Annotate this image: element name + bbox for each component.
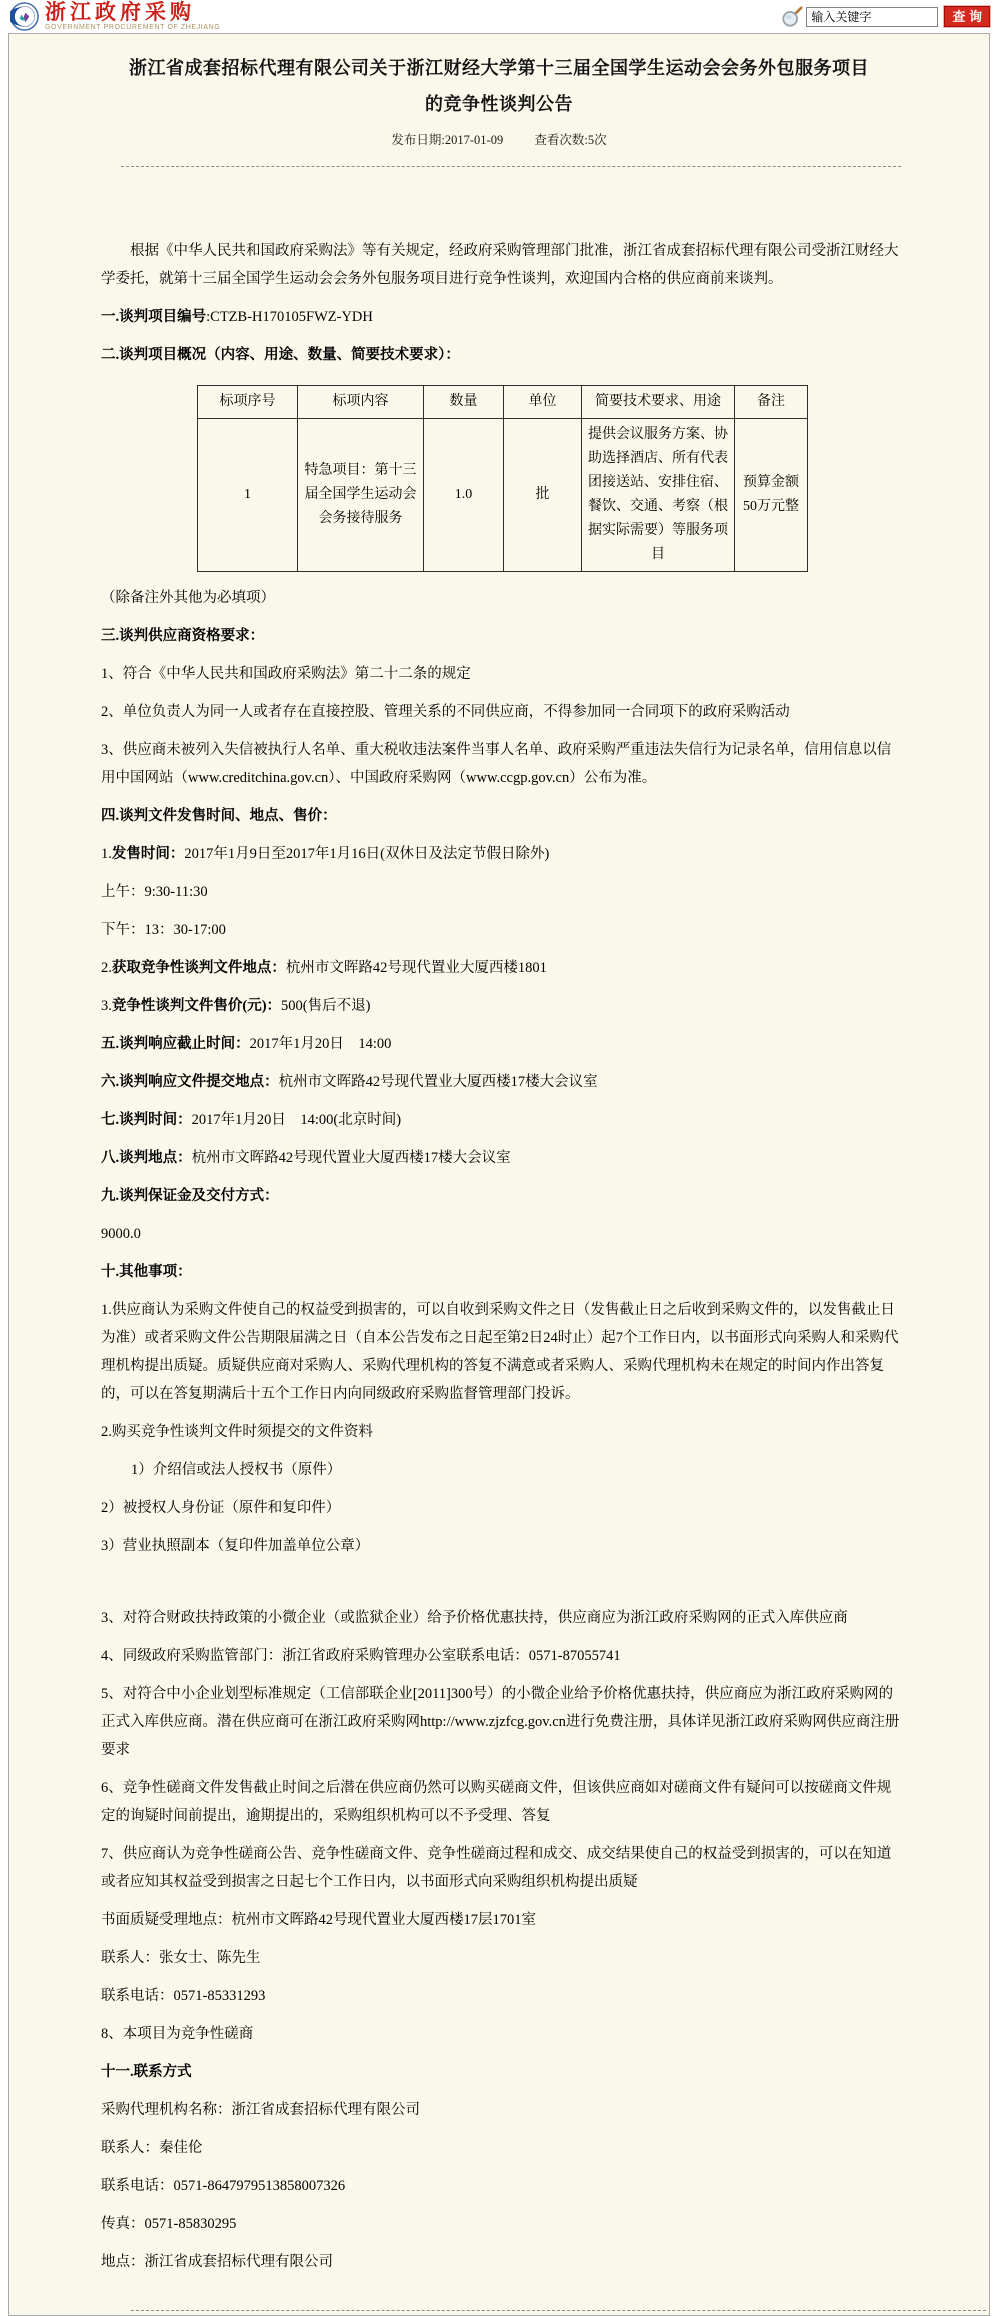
other-item-2a: 1）介绍信或法人授权书（原件） (101, 1456, 903, 1484)
query-address: 书面质疑受理地点：杭州市文晖路42号现代置业大厦西楼17层1701室 (101, 1906, 903, 1934)
section-7-label: 七.谈判时间： (101, 1112, 192, 1128)
section-3-item-2: 2、单位负责人为同一人或者存在直接控股、管理关系的不同供应商，不得参加同一合同项… (101, 698, 903, 726)
col-header-unit: 单位 (504, 386, 582, 419)
search-input[interactable] (806, 7, 938, 27)
cell-tech: 提供会议服务方案、协助选择酒店、所有代表团接送站、安排住宿、餐饮、交通、考察（根… (582, 419, 735, 572)
cell-remark: 预算金额50万元整 (735, 419, 808, 572)
section-2-label: 二.谈判项目概况（内容、用途、数量、简要技术要求）： (101, 341, 903, 369)
announcement-body: 根据《中华人民共和国政府采购法》等有关规定，经政府采购管理部门批准，浙江省成套招… (9, 167, 989, 2276)
section-6-label: 六.谈判响应文件提交地点： (101, 1074, 279, 1090)
intro-paragraph: 根据《中华人民共和国政府采购法》等有关规定，经政府采购管理部门批准，浙江省成套招… (101, 237, 903, 293)
col-header-remark: 备注 (735, 386, 808, 419)
col-header-tech: 简要技术要求、用途 (582, 386, 735, 419)
meta-line: 发布日期:2017-01-09 查看次数:5次 (9, 130, 989, 148)
publish-date: 发布日期:2017-01-09 (391, 133, 503, 147)
agency-fax: 传真：0571-85830295 (101, 2210, 903, 2238)
other-item-3: 3、对符合财政扶持政策的小微企业（或监狱企业）给予价格优惠扶持，供应商应为浙江政… (101, 1604, 903, 1632)
bottom-divider (131, 2310, 986, 2311)
doc-place-value: 杭州市文晖路42号现代置业大厦西楼1801 (286, 960, 547, 976)
section-6-value: 杭州市文晖路42号现代置业大厦西楼17楼大会议室 (279, 1074, 598, 1090)
agency-phone: 联系电话：0571-8647979513858007326 (101, 2172, 903, 2200)
section-8-label: 八.谈判地点： (101, 1150, 192, 1166)
doc-price-label: 竞争性谈判文件售价(元)： (112, 998, 281, 1014)
section-3-item-3: 3、供应商未被列入失信被执行人名单、重大税收违法案件当事人名单、政府采购严重违法… (101, 736, 903, 792)
other-item-5: 5、对符合中小企业划型标准规定（工信部联企业[2011]300号）的小微企业给予… (101, 1680, 903, 1764)
project-number: :CTZB-H170105FWZ-YDH (206, 309, 373, 325)
doc-place-label: 获取竞争性谈判文件地点： (112, 960, 286, 976)
col-header-seq: 标项序号 (198, 386, 298, 419)
section-10-label: 十.其他事项： (101, 1258, 903, 1286)
view-count: 查看次数:5次 (534, 133, 606, 147)
table-row: 1 特急项目：第十三届全国学生运动会会务接待服务 1.0 批 提供会议服务方案、… (198, 419, 808, 572)
other-item-6: 6、竞争性磋商文件发售截止时间之后潜在供应商仍然可以购买磋商文件，但该供应商如对… (101, 1774, 903, 1830)
sale-time-am: 上午：9:30-11:30 (101, 878, 903, 906)
cell-item: 特急项目：第十三届全国学生运动会会务接待服务 (298, 419, 424, 572)
logo-title: 浙江政府采购 (45, 2, 220, 23)
item-num: 1. (101, 846, 112, 862)
search-button[interactable]: 查 询 (944, 6, 990, 27)
section-11-label: 十一.联系方式 (101, 2058, 903, 2086)
search-bar: 查 询 (781, 6, 990, 28)
section-4-item-3: 3.竞争性谈判文件售价(元)：500(售后不退) (101, 992, 903, 1020)
sale-time-pm: 下午：13：30-17:00 (101, 916, 903, 944)
table-note: （除备注外其他为必填项） (101, 584, 903, 612)
sale-time-value: 2017年1月9日至2017年1月16日(双休日及法定节假日除外) (184, 846, 549, 862)
deposit-amount: 9000.0 (101, 1220, 903, 1248)
sale-time-label: 发售时间： (112, 846, 185, 862)
query-phone: 联系电话：0571-85331293 (101, 1982, 903, 2010)
section-5-label: 五.谈判响应截止时间： (101, 1036, 250, 1052)
section-4-item-1: 1.发售时间：2017年1月9日至2017年1月16日(双休日及法定节假日除外) (101, 840, 903, 868)
section-4-item-2: 2.获取竞争性谈判文件地点：杭州市文晖路42号现代置业大厦西楼1801 (101, 954, 903, 982)
item-num: 2. (101, 960, 112, 976)
other-item-8: 8、本项目为竞争性磋商 (101, 2020, 903, 2048)
section-4-label: 四.谈判文件发售时间、地点、售价： (101, 802, 903, 830)
cell-qty: 1.0 (424, 419, 504, 572)
page-title: 浙江省成套招标代理有限公司关于浙江财经大学第十三届全国学生运动会会务外包服务项目… (128, 50, 870, 122)
section-8: 八.谈判地点：杭州市文晖路42号现代置业大厦西楼17楼大会议室 (101, 1144, 903, 1172)
top-header: 浙江政府采购 GOVERNMENT PROCUREMENT OF ZHEJIAN… (0, 0, 998, 33)
government-emblem-icon (10, 2, 39, 31)
col-header-item: 标项内容 (298, 386, 424, 419)
announcement-panel: 浙江省成套招标代理有限公司关于浙江财经大学第十三届全国学生运动会会务外包服务项目… (8, 33, 990, 2316)
section-3-label: 三.谈判供应商资格要求： (101, 622, 903, 650)
section-6: 六.谈判响应文件提交地点：杭州市文晖路42号现代置业大厦西楼17楼大会议室 (101, 1068, 903, 1096)
bid-items-table: 标项序号 标项内容 数量 单位 简要技术要求、用途 备注 1 特急项目：第十三届… (197, 385, 808, 572)
doc-price-value: 500(售后不退) (281, 998, 370, 1014)
cell-seq: 1 (198, 419, 298, 572)
col-header-qty: 数量 (424, 386, 504, 419)
other-item-2b: 2）被授权人身份证（原件和复印件） (101, 1494, 903, 1522)
other-item-2c: 3）营业执照副本（复印件加盖单位公章） (101, 1532, 903, 1560)
section-5-value: 2017年1月20日 14:00 (250, 1036, 392, 1052)
other-item-7: 7、供应商认为竞争性磋商公告、竞争性磋商文件、竞争性磋商过程和成交、成交结果使自… (101, 1840, 903, 1896)
item-num: 3. (101, 998, 112, 1014)
section-3-item-1: 1、符合《中华人民共和国政府采购法》第二十二条的规定 (101, 660, 903, 688)
other-item-1: 1.供应商认为采购文件使自己的权益受到损害的，可以自收到采购文件之日（发售截止日… (101, 1296, 903, 1408)
section-9-label: 九.谈判保证金及交付方式： (101, 1182, 903, 1210)
logo-subtitle: GOVERNMENT PROCUREMENT OF ZHEJIANG (45, 24, 220, 31)
other-item-2: 2.购买竞争性谈判文件时须提交的文件资料 (101, 1418, 903, 1446)
cell-unit: 批 (504, 419, 582, 572)
section-8-value: 杭州市文晖路42号现代置业大厦西楼17楼大会议室 (192, 1150, 511, 1166)
agency-name: 采购代理机构名称：浙江省成套招标代理有限公司 (101, 2096, 903, 2124)
section-1-label: 一.谈判项目编号 (101, 309, 206, 325)
agency-contact: 联系人：秦佳伦 (101, 2134, 903, 2162)
magnifier-icon (781, 6, 803, 28)
table-header-row: 标项序号 标项内容 数量 单位 简要技术要求、用途 备注 (198, 386, 808, 419)
section-7: 七.谈判时间：2017年1月20日 14:00(北京时间) (101, 1106, 903, 1134)
section-5: 五.谈判响应截止时间：2017年1月20日 14:00 (101, 1030, 903, 1058)
section-7-value: 2017年1月20日 14:00(北京时间) (192, 1112, 401, 1128)
other-item-4: 4、同级政府采购监管部门：浙江省政府采购管理办公室联系电话：0571-87055… (101, 1642, 903, 1670)
section-1: 一.谈判项目编号:CTZB-H170105FWZ-YDH (101, 303, 903, 331)
agency-address: 地点：浙江省成套招标代理有限公司 (101, 2248, 903, 2276)
query-contacts: 联系人：张女士、陈先生 (101, 1944, 903, 1972)
site-logo[interactable]: 浙江政府采购 GOVERNMENT PROCUREMENT OF ZHEJIAN… (10, 2, 220, 31)
